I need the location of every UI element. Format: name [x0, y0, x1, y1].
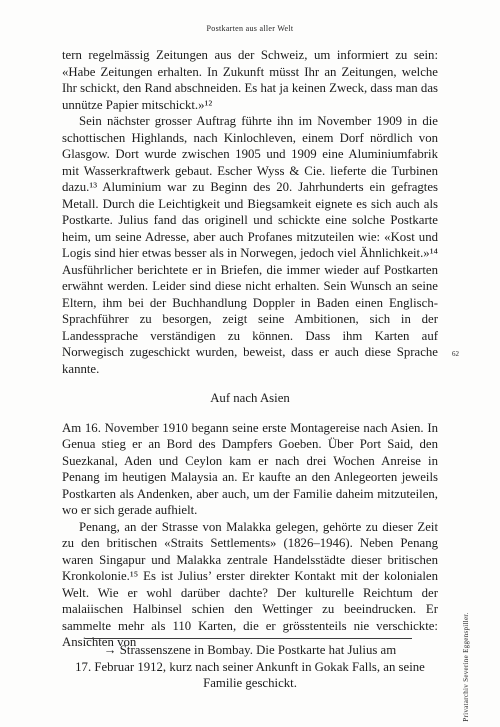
image-caption: → Strassenszene in Bombay. Die Postkarte… [30, 642, 470, 692]
body-paragraph-2: Sein nächster grosser Auftrag führte ihn… [62, 113, 438, 377]
section-heading: Auf nach Asien [62, 390, 438, 407]
body-paragraph-4: Penang, an der Strasse von Malakka geleg… [62, 519, 438, 651]
caption-divider-rule [85, 638, 412, 639]
photo-credit-vertical: Privatarchiv Severine Eggenspiller. [462, 612, 470, 721]
caption-line: → Strassenszene in Bombay. Die Postkarte… [30, 642, 470, 659]
caption-line: Familie geschickt. [30, 675, 470, 692]
caption-line: 17. Februar 1912, kurz nach seiner Ankun… [30, 659, 470, 676]
running-header: Postkarten aus aller Welt [0, 24, 500, 33]
book-page: Postkarten aus aller Welt 62 tern regelm… [0, 0, 500, 727]
body-paragraph-3: Am 16. November 1910 begann seine erste … [62, 420, 438, 519]
body-text-block: tern regelmässig Zeitungen aus der Schwe… [62, 47, 438, 651]
page-number: 62 [452, 350, 459, 358]
body-paragraph-1: tern regelmässig Zeitungen aus der Schwe… [62, 47, 438, 113]
